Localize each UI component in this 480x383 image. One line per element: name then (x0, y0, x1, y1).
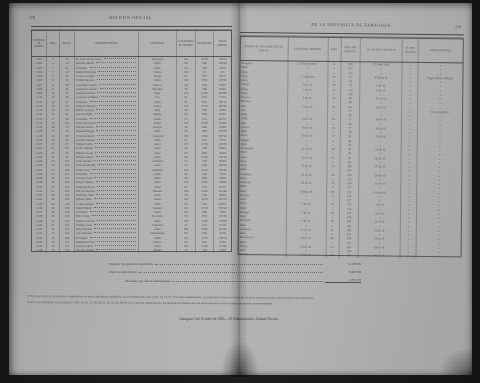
column-header: Días. (328, 38, 341, 61)
column-header: Cuota para el Tesoro. (177, 31, 196, 56)
column-header: Número de orden. (32, 31, 47, 56)
summary-label: Obtenido por fincas embargadas (125, 279, 170, 283)
column-header: FECHA del apremio. (288, 38, 328, 61)
column-header: Folio. (60, 31, 75, 56)
page-corner-shadow (438, 347, 472, 375)
table-cell: 34 (47, 248, 60, 252)
right-running-title: DE LA PROVINCIA DE ZARAGOZA. (239, 21, 465, 28)
table-cell: » (417, 254, 461, 259)
column-header: VECINDAD. (139, 31, 177, 56)
left-arrears-table: Número de orden. Días. Folio. CONTRIBUYE… (31, 30, 232, 252)
table-cell: 7'20 (196, 248, 214, 252)
fold-bottom-shadow (221, 341, 259, 377)
column-header: Recargos. (196, 31, 214, 56)
left-table-header-row: Número de orden. Días. Folio. CONTRIBUYE… (32, 31, 231, 57)
scanned-document-page: 278 BOLETIN OFICIAL. Número de orden. Dí… (0, 0, 480, 383)
column-header: OBSERVACIONES. (419, 39, 463, 62)
left-table-body: 1.401411D. José Gil de CastroZaragoza145… (32, 57, 231, 253)
right-table-body: Zaragoza27 Marzo 18651120827 Abril 1865»… (239, 61, 463, 259)
left-running-title: BOLETIN OFICIAL. (31, 15, 232, 20)
column-header: FECHA de la subasta. (361, 38, 403, 61)
page-fold-shadow (230, 3, 248, 375)
right-auction-table: PUEBLO en que radican las fincas. FECHA … (238, 36, 464, 257)
table-cell: 174 (60, 248, 75, 252)
column-header: Total débito. (214, 31, 231, 56)
right-page: DE LA PROVINCIA DE ZARAGOZA. 279 PUEBLO … (239, 21, 465, 23)
column-header: CONTRIBUYENTES. (75, 31, 139, 56)
summary-value: 6.467'98 (325, 270, 361, 274)
right-table-header-row: PUEBLO en que radican las fincas. FECHA … (241, 37, 463, 63)
table-cell: 79'20 (214, 248, 231, 252)
table-cell: 20 id. id. (359, 254, 401, 259)
column-header: Días. (47, 31, 60, 56)
column-header: Núm. del expedte. (341, 38, 361, 61)
table-row: 1.44634174Nicolás ArbuésMaella727'2079'2… (32, 248, 231, 252)
dateline-signature: Zaragoza 5 de Octubre de 1865.—El Admini… (89, 317, 369, 321)
table-cell: 72 (177, 248, 196, 252)
table-cell: Maella (139, 248, 177, 252)
table-cell: » (401, 254, 417, 258)
book-spread: 278 BOLETIN OFICIAL. Número de orden. Dí… (9, 3, 472, 375)
right-page-number: 279 (455, 24, 461, 29)
column-header: Id. del remate. (403, 39, 419, 62)
table-cell: Nicolás Arbués (75, 248, 139, 252)
summary-label: Importe de apremios expedidos (109, 262, 153, 266)
summary-label: Idem no satisfechos (109, 270, 137, 274)
summary-total-value: 4.791'48 (325, 278, 361, 283)
table-cell: 1.446 (32, 248, 47, 252)
summary-value: 11.259'46 (325, 262, 361, 266)
